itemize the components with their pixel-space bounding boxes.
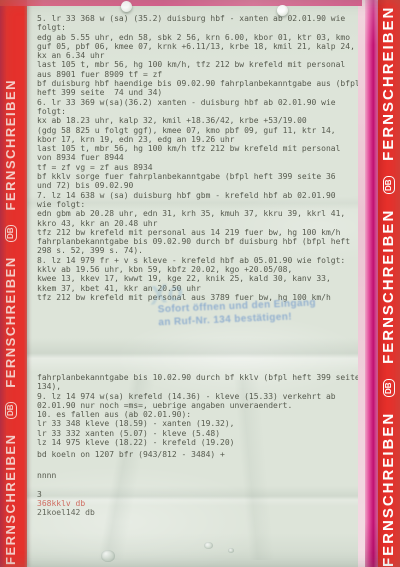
telex-answerback-red: 368kklv db <box>37 499 85 508</box>
telex-text-line: kkem 37, kbet 41, kkr an 20.50 uhr <box>37 284 367 293</box>
telex-text-line: edn gbm ab 20.28 uhr, edn 31, krh 35, km… <box>37 209 367 218</box>
telex-text-line: tf = zf vg = zf aus 8934 <box>37 163 367 172</box>
telex-end-marker: nnnn <box>37 471 56 480</box>
telex-text-line: lr 33 348 kleve (18.59) - xanten (19.32)… <box>37 419 367 428</box>
tape-label: FERNSCHREIBEN <box>380 209 397 364</box>
left-fernschreiben-tape: FERNSCHREIBEN DB FERNSCHREIBEN DB FERNSC… <box>0 0 27 567</box>
telex-text-line: 8. lz 14 979 fr + v s kleve - krefeld hb… <box>37 256 367 265</box>
telex-text-line: 02.01.90 nur noch =ms=, uebrige angaben … <box>37 401 367 410</box>
tape-label: FERNSCHREIBEN <box>3 256 18 387</box>
telex-text-line: lz 14 975 kleve (18.22) - krefeld (19.20… <box>37 438 367 447</box>
telex-body-lower: fahrplanbekanntgabe bis 10.02.90 durch b… <box>37 373 367 447</box>
telex-text-line: kklv ab 19.56 uhr, kbn 59, kbfz 20.02, k… <box>37 265 367 274</box>
telex-text-line: kx ab 18.23 uhr, kalp 32, kmil +18.36/42… <box>37 116 367 125</box>
db-logo-icon: DB <box>383 176 395 194</box>
telex-sender-line: bd koeln on 1207 bfr (943/812 - 3484) + <box>37 450 225 459</box>
telex-text-line: aus 8901 fuer 8909 tf = zf <box>37 70 367 79</box>
telex-text-line: und 72) bis 09.02.90 <box>37 181 367 190</box>
telex-text-line: 10. es fallen aus (ab 02.01.90): <box>37 410 367 419</box>
telex-text-line: folgt: <box>37 23 367 32</box>
telex-text-line: guf 05, pbf 06, kmee 07, krnk +6.11/13, … <box>37 42 367 51</box>
telex-text-line: wie folgt: <box>37 200 367 209</box>
telex-text-line: kkro 43, kkr an 20.48 uhr <box>37 219 367 228</box>
tape-pale-edge <box>358 0 365 567</box>
telex-text-line: kbor 17, krn 19, edn 23, edg an 19.26 uh… <box>37 135 367 144</box>
tape-text-column: FERNSCHREIBEN DB FERNSCHREIBEN DB FERNSC… <box>4 0 17 567</box>
telex-text-line: von 8934 fuer 8944 <box>37 153 367 162</box>
db-logo-icon: DB <box>5 225 17 243</box>
tape-magenta-stripe <box>365 0 378 567</box>
telex-text-line: 298 s. 52, 399 s. 74). <box>37 246 367 255</box>
db-logo-icon: DB <box>383 379 395 397</box>
telex-text-line: 7. lz 14 638 w (sa) duisburg hbf gbm - k… <box>37 191 367 200</box>
telex-answerback-gray: 21koel142 db <box>37 508 95 517</box>
telex-text-line: last 105 t, mbr 56, hg 100 km/h, tfz 212… <box>37 60 367 69</box>
top-tape-edge <box>0 0 362 6</box>
tape-text-column: FERNSCHREIBEN DB FERNSCHREIBEN DB FERNSC… <box>381 0 396 567</box>
telex-text-line: bf duisburg hbf haendige bis 09.02.90 fa… <box>37 79 367 88</box>
water-droplet <box>204 542 213 549</box>
tape-label: FERNSCHREIBEN <box>380 6 397 161</box>
tape-red-stripe: FERNSCHREIBEN DB FERNSCHREIBEN DB FERNSC… <box>378 0 400 567</box>
tape-label: FERNSCHREIBEN <box>3 79 18 210</box>
db-logo-icon: DB <box>5 402 17 420</box>
telex-text-line: 9. lz 14 974 w(sa) krefeld (14.36) - kle… <box>37 392 367 401</box>
telex-text-line: heft 399 seite 74 und 34) <box>37 88 367 97</box>
telex-text-line: last 105 t, mbr 56, hg 100 km/h tfz 212 … <box>37 144 367 153</box>
telex-document-scan: 5. lr 33 368 w (sa) (35.2) duisburg hbf … <box>0 0 400 567</box>
right-fernschreiben-tape: FERNSCHREIBEN DB FERNSCHREIBEN DB FERNSC… <box>358 0 400 567</box>
telex-body-upper: 5. lr 33 368 w (sa) (35.2) duisburg hbf … <box>37 14 367 302</box>
water-droplet <box>101 550 115 562</box>
tape-label: FERNSCHREIBEN <box>380 412 397 567</box>
water-droplet <box>228 548 234 553</box>
telex-text-line: 134), <box>37 382 367 391</box>
telex-text-line: tfz 212 bw krefeld mit personal aus 14 2… <box>37 228 367 237</box>
telex-text-line: bf kklv sorge fuer fahrplanbekanntgabe (… <box>37 172 367 181</box>
telex-text-line: fahrplanbekanntgabe bis 09.02.90 durch b… <box>37 237 367 246</box>
telex-text-line: fahrplanbekanntgabe bis 10.02.90 durch b… <box>37 373 367 382</box>
telex-page-number: 3 <box>37 490 42 499</box>
telex-text-line: lr 33 332 xanten (5.07) - kleve (5.48) <box>37 429 367 438</box>
telex-text-line: edg ab 5.55 uhr, edn 58, sbk 2 56, krn 6… <box>37 33 367 42</box>
telex-text-line: kx an 6.34 uhr <box>37 51 367 60</box>
telex-text-line: kwee 13, kkev 17, kwwt 19, kge 22, knik … <box>37 274 367 283</box>
tape-label: FERNSCHREIBEN <box>3 434 18 565</box>
telex-text-line: (gdg 58 825 u folgt ggf), kmee 07, kmo p… <box>37 126 367 135</box>
push-pin <box>121 1 132 12</box>
telex-text-line: 5. lr 33 368 w (sa) (35.2) duisburg hbf … <box>37 14 367 23</box>
telex-text-line: 6. lr 33 369 w(sa)(36.2) xanten - duisbu… <box>37 98 367 107</box>
push-pin <box>277 5 288 16</box>
telex-text-line: folgt: <box>37 107 367 116</box>
